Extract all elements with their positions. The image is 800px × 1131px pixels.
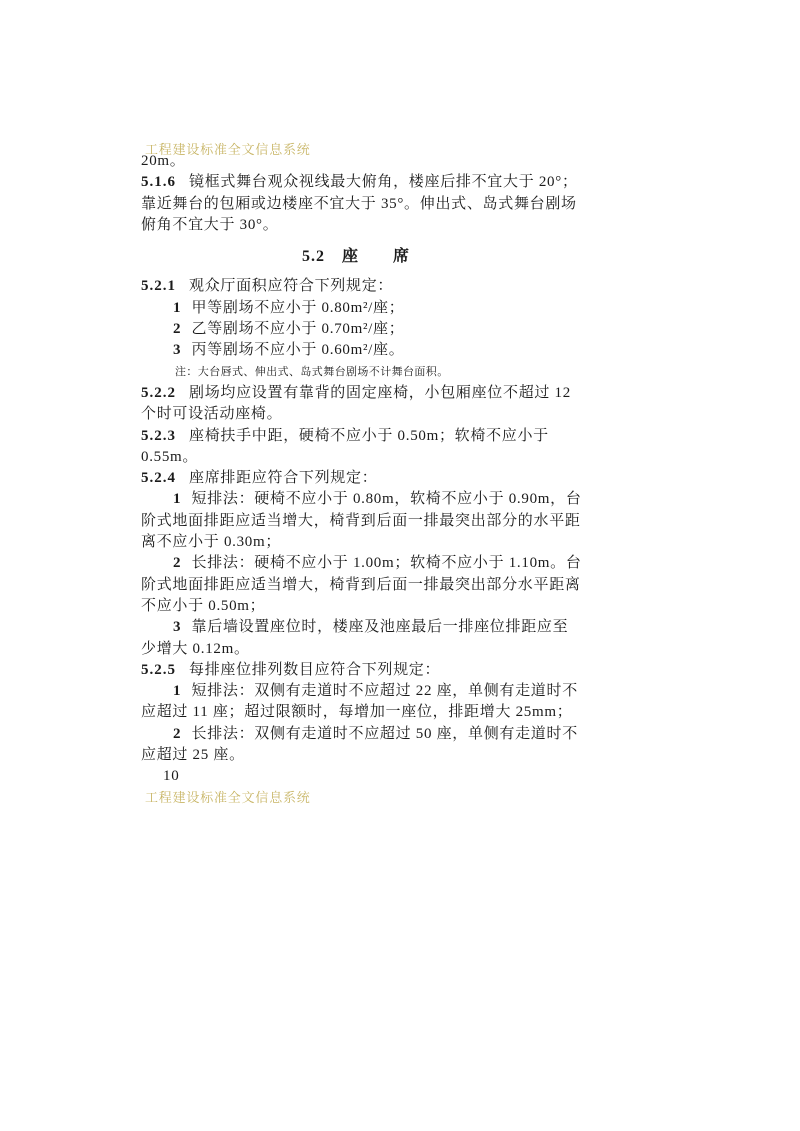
line-text: 短排法：双侧有走道时不应超过 22 座，单侧有走道时不: [192, 683, 578, 699]
page-number: 10: [163, 766, 571, 787]
item-number: 2: [173, 321, 182, 337]
text-line: 3丙等剧场不应小于 0.60m²/座。: [173, 340, 571, 361]
line-text: 长排法：双侧有走道时不应超过 50 座，单侧有走道时不: [192, 726, 578, 742]
text-line: 20m。: [141, 151, 571, 172]
clause-number: 5.1.6: [141, 174, 176, 190]
item-number: 3: [173, 619, 182, 635]
line-text: 甲等剧场不应小于 0.80m²/座；: [192, 300, 405, 316]
note-line: 注：大台唇式、伸出式、岛式舞台剧场不计舞台面积。: [175, 362, 571, 383]
line-text: 靠近舞台的包厢或边楼座不宜大于 35°。伸出式、岛式舞台剧场: [141, 196, 577, 212]
text-line: 5.2.2剧场均应设置有靠背的固定座椅，小包厢座位不超过 12: [141, 383, 571, 404]
section-heading: 5.2 座 席: [141, 246, 571, 267]
line-text: 俯角不宜大于 30°。: [141, 217, 278, 233]
text-line: 5.1.6镜框式舞台观众视线最大俯角，楼座后排不宜大于 20°；: [141, 172, 571, 193]
line-text: 离不应小于 0.30m；: [141, 534, 281, 550]
clause-number: 5.2.5: [141, 662, 176, 678]
line-text: 镜框式舞台观众视线最大俯角，楼座后排不宜大于 20°；: [189, 174, 578, 190]
line-text: 乙等剧场不应小于 0.70m²/座；: [192, 321, 405, 337]
text-line: 应超过 25 座。: [141, 745, 571, 766]
text-line: 俯角不宜大于 30°。: [141, 215, 571, 236]
clause-number: 5.2.2: [141, 385, 176, 401]
line-text: 观众厅面积应符合下列规定：: [189, 278, 393, 294]
line-text: 短排法：硬椅不应小于 0.80m，软椅不应小于 0.90m，台: [192, 491, 582, 507]
line-text: 个时可设活动座椅。: [141, 406, 282, 422]
line-text: 20m。: [141, 153, 185, 169]
text-line: 5.2.4座席排距应符合下列规定：: [141, 468, 571, 489]
text-line: 2长排法：双侧有走道时不应超过 50 座，单侧有走道时不: [173, 724, 571, 745]
watermark-footer: 工程建设标准全文信息系统: [145, 787, 311, 806]
text-line: 2乙等剧场不应小于 0.70m²/座；: [173, 319, 571, 340]
item-number: 2: [173, 555, 182, 571]
text-line: 个时可设活动座椅。: [141, 404, 571, 425]
line-text: 应超过 25 座。: [141, 747, 245, 763]
text-line: 1短排法：硬椅不应小于 0.80m，软椅不应小于 0.90m，台: [173, 489, 571, 510]
clause-number: 5.2.1: [141, 278, 176, 294]
text-line: 0.55m。: [141, 447, 571, 468]
text-line: 应超过 11 座；超过限额时，每增加一座位，排距增大 25mm；: [141, 702, 571, 723]
text-line: 阶式地面排距应适当增大，椅背到后面一排最突出部分水平距离: [141, 575, 571, 596]
text-line: 靠近舞台的包厢或边楼座不宜大于 35°。伸出式、岛式舞台剧场: [141, 194, 571, 215]
text-line: 阶式地面排距应适当增大，椅背到后面一排最突出部分的水平距: [141, 511, 571, 532]
text-line: 少增大 0.12m。: [141, 639, 571, 660]
text-line: 离不应小于 0.30m；: [141, 532, 571, 553]
clause-number: 5.2.3: [141, 428, 176, 444]
document-body: 20m。5.1.6镜框式舞台观众视线最大俯角，楼座后排不宜大于 20°；靠近舞台…: [141, 151, 571, 788]
text-line: 1短排法：双侧有走道时不应超过 22 座，单侧有走道时不: [173, 681, 571, 702]
item-number: 1: [173, 683, 182, 699]
document-page: 工程建设标准全文信息系统 20m。5.1.6镜框式舞台观众视线最大俯角，楼座后排…: [0, 0, 800, 1131]
line-text: 0.55m。: [141, 449, 198, 465]
text-line: 3靠后墙设置座位时，楼座及池座最后一排座位排距应至: [173, 617, 571, 638]
line-text: 应超过 11 座；超过限额时，每增加一座位，排距增大 25mm；: [141, 704, 572, 720]
line-text: 丙等剧场不应小于 0.60m²/座。: [192, 342, 405, 358]
line-text: 阶式地面排距应适当增大，椅背到后面一排最突出部分的水平距: [141, 513, 581, 529]
text-line: 2长排法：硬椅不应小于 1.00m；软椅不应小于 1.10m。台: [173, 553, 571, 574]
line-text: 阶式地面排距应适当增大，椅背到后面一排最突出部分水平距离: [141, 577, 581, 593]
line-text: 靠后墙设置座位时，楼座及池座最后一排座位排距应至: [192, 619, 569, 635]
item-number: 2: [173, 726, 182, 742]
line-text: 座席排距应符合下列规定：: [189, 470, 377, 486]
text-line: 5.2.3座椅扶手中距，硬椅不应小于 0.50m；软椅不应小于: [141, 426, 571, 447]
text-line: 1甲等剧场不应小于 0.80m²/座；: [173, 298, 571, 319]
line-text: 每排座位排列数目应符合下列规定：: [189, 662, 440, 678]
item-number: 1: [173, 300, 182, 316]
clause-number: 5.2.4: [141, 470, 176, 486]
line-text: 座椅扶手中距，硬椅不应小于 0.50m；软椅不应小于: [189, 428, 549, 444]
line-text: 少增大 0.12m。: [141, 641, 250, 657]
text-line: 5.2.5每排座位排列数目应符合下列规定：: [141, 660, 571, 681]
text-line: 不应小于 0.50m；: [141, 596, 571, 617]
line-text: 长排法：硬椅不应小于 1.00m；软椅不应小于 1.10m。台: [192, 555, 582, 571]
item-number: 1: [173, 491, 182, 507]
text-line: 5.2.1观众厅面积应符合下列规定：: [141, 276, 571, 297]
line-text: 剧场均应设置有靠背的固定座椅，小包厢座位不超过 12: [189, 385, 571, 401]
item-number: 3: [173, 342, 182, 358]
line-text: 不应小于 0.50m；: [141, 598, 265, 614]
